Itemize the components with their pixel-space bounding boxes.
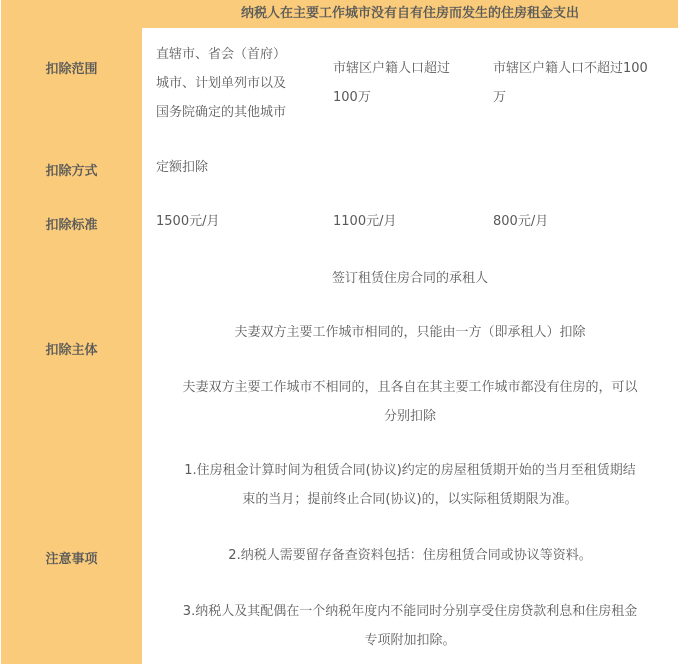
scope-cell-1-line: 直辖市、省会（首府） xyxy=(156,40,286,69)
note-2: 2.纳税人需要留存备查资料包括：住房租赁合同或协议等资料。 xyxy=(142,541,678,570)
method-cell: 定额扣除 xyxy=(156,153,208,182)
scope-cell-1-line: 城市、计划单列市以及 xyxy=(156,69,286,98)
standard-cell-2: 1100元/月 xyxy=(333,207,396,236)
scope-cell-3-line: 市辖区户籍人口不超过100 xyxy=(493,54,648,83)
standard-cell-3: 800元/月 xyxy=(493,207,548,236)
scope-cell-2-line: 100万 xyxy=(333,83,450,112)
scope-cell-3: 市辖区户籍人口不超过100 万 xyxy=(493,54,648,112)
row-label-standard: 扣除标准 xyxy=(1,214,142,233)
subject-item-3-cont: 分别扣除 xyxy=(142,402,678,431)
subject-item-3: 夫妻双方主要工作城市不相同的，且各自在其主要工作城市都没有住房的，可以 xyxy=(142,373,678,402)
subject-item-1: 签订租赁住房合同的承租人 xyxy=(142,264,678,293)
note-3-cont: 专项附加扣除。 xyxy=(142,626,678,655)
note-1: 1.住房租金计算时间为租赁合同(协议)约定的房屋租赁期开始的当月至租赁期结 xyxy=(142,456,678,485)
note-1-cont: 束的当月；提前终止合同(协议)的，以实际租赁期限为准。 xyxy=(142,485,678,514)
scope-cell-1-line: 国务院确定的其他城市 xyxy=(156,98,286,127)
scope-cell-1: 直辖市、省会（首府） 城市、计划单列市以及 国务院确定的其他城市 xyxy=(156,40,286,127)
scope-cell-3-line: 万 xyxy=(493,83,648,112)
scope-cell-2: 市辖区户籍人口超过 100万 xyxy=(333,54,450,112)
scope-cell-2-line: 市辖区户籍人口超过 xyxy=(333,54,450,83)
row-label-scope: 扣除范围 xyxy=(1,58,142,77)
row-label-method: 扣除方式 xyxy=(1,160,142,179)
row-label-notes: 注意事项 xyxy=(1,548,142,567)
row-label-subject: 扣除主体 xyxy=(1,339,142,358)
note-3: 3.纳税人及其配偶在一个纳税年度内不能同时分别享受住房贷款利息和住房租金 xyxy=(142,597,678,626)
subject-item-2: 夫妻双方主要工作城市相同的，只能由一方（即承租人）扣除 xyxy=(142,318,678,347)
table-title: 纳税人在主要工作城市没有自有住房而发生的住房租金支出 xyxy=(142,0,678,28)
standard-cell-1: 1500元/月 xyxy=(156,207,219,236)
